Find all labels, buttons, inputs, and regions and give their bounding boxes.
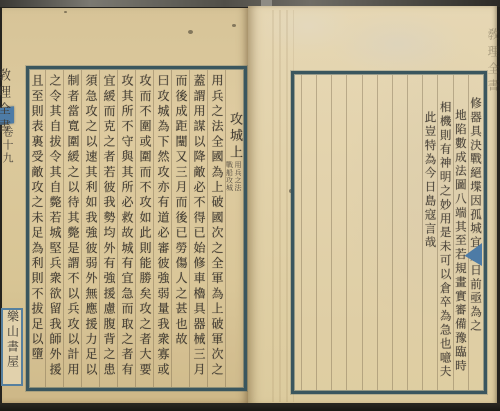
empty-column (331, 75, 346, 390)
studio-stamp-text: 樂山書屋 (5, 310, 20, 384)
paper-speck (188, 30, 193, 34)
right-page-columns: 修器具決戰絕堞因孤城宜於日前亟為之 地陷數成法圖八端其至若規畫實審備豫臨時 相機… (295, 75, 483, 390)
empty-column (407, 75, 422, 390)
studio-stamp: 樂山書屋 (1, 308, 23, 386)
paper-speck (64, 11, 67, 13)
empty-column (316, 75, 331, 390)
empty-column (362, 75, 377, 390)
fore-edge-title: 敎理全書 (485, 28, 500, 96)
text-column: 宜緩而克之者若彼我勢均外有強援慮腹背之患 (99, 70, 117, 387)
text-column: 須急攻之以速其利如我強彼弱外無應援力足以 (81, 70, 99, 387)
left-page-columns: 攻城上 用兵之法全國為上破國次之全軍為上破軍次之 蓋謂用謀以降敵必不得已始修車櫓… (30, 70, 243, 387)
paper-speck (232, 24, 236, 27)
text-column: 制者當寬圍緩之以待其斃是謂不以兵攻以計用 (63, 70, 81, 387)
note-line: 用兵之法 (234, 161, 242, 237)
empty-column (346, 75, 361, 390)
note-line: 戰船攻城 (225, 161, 233, 237)
text-column: 攻其所不守與其所必救故城有宜急而取之者有 (117, 70, 135, 387)
text-column: 曰攻城為下然攻亦有道必審彼強弱量我衆寡或 (153, 70, 171, 387)
empty-column (295, 75, 301, 390)
text-column: 而後成距闉又三月而後已勞傷人之甚也故 (171, 70, 189, 387)
text-column: 且至則表裏受敵攻之未足為利則不拔足以墮 (30, 70, 45, 387)
book-scan-photo: 攻城上 用兵之法全國為上破國次之全軍為上破軍次之 蓋謂用謀以降敵必不得已始修車櫓… (0, 0, 500, 411)
left-page-frame: 攻城上 用兵之法全國為上破國次之全軍為上破軍次之 蓋謂用謀以降敵必不得已始修車櫓… (26, 66, 247, 391)
volume-label: 卷十九 (0, 126, 15, 165)
text-column: 蓋謂用謀以降敵必不得已始修車櫓具器械三月 (189, 70, 207, 387)
text-column: 攻而不圍或圍而不攻如此則能勝矣攻之者大要 (135, 70, 153, 387)
empty-column (377, 75, 392, 390)
right-page-frame: 修器具決戰絕堞因孤城宜於日前亟為之 地陷數成法圖八端其至若規畫實審備豫臨時 相機… (291, 71, 487, 394)
empty-column (301, 75, 316, 390)
section-title-note: 用兵之法 戰船攻城 (225, 161, 241, 237)
handwritten-column: 相機則有神明之妙用是未可以倉卒為急也噫夫 (437, 75, 452, 390)
handwritten-column: 修器具決戰絕堞因孤城宜於日前亟為之 (468, 75, 483, 390)
empty-column (392, 75, 407, 390)
text-column: 之令其自拔令其自斃若城堅兵衆欲留我師外援 (45, 70, 63, 387)
handwritten-column: 此豈特為今日島寇言哉 (422, 75, 437, 390)
photo-bottom-shadow (0, 403, 500, 411)
text-column: 用兵之法全國為上破國次之全軍為上破軍次之 (207, 70, 225, 387)
handwritten-column: 地陷數成法圖八端其至若規畫實審備豫臨時 (453, 75, 468, 390)
